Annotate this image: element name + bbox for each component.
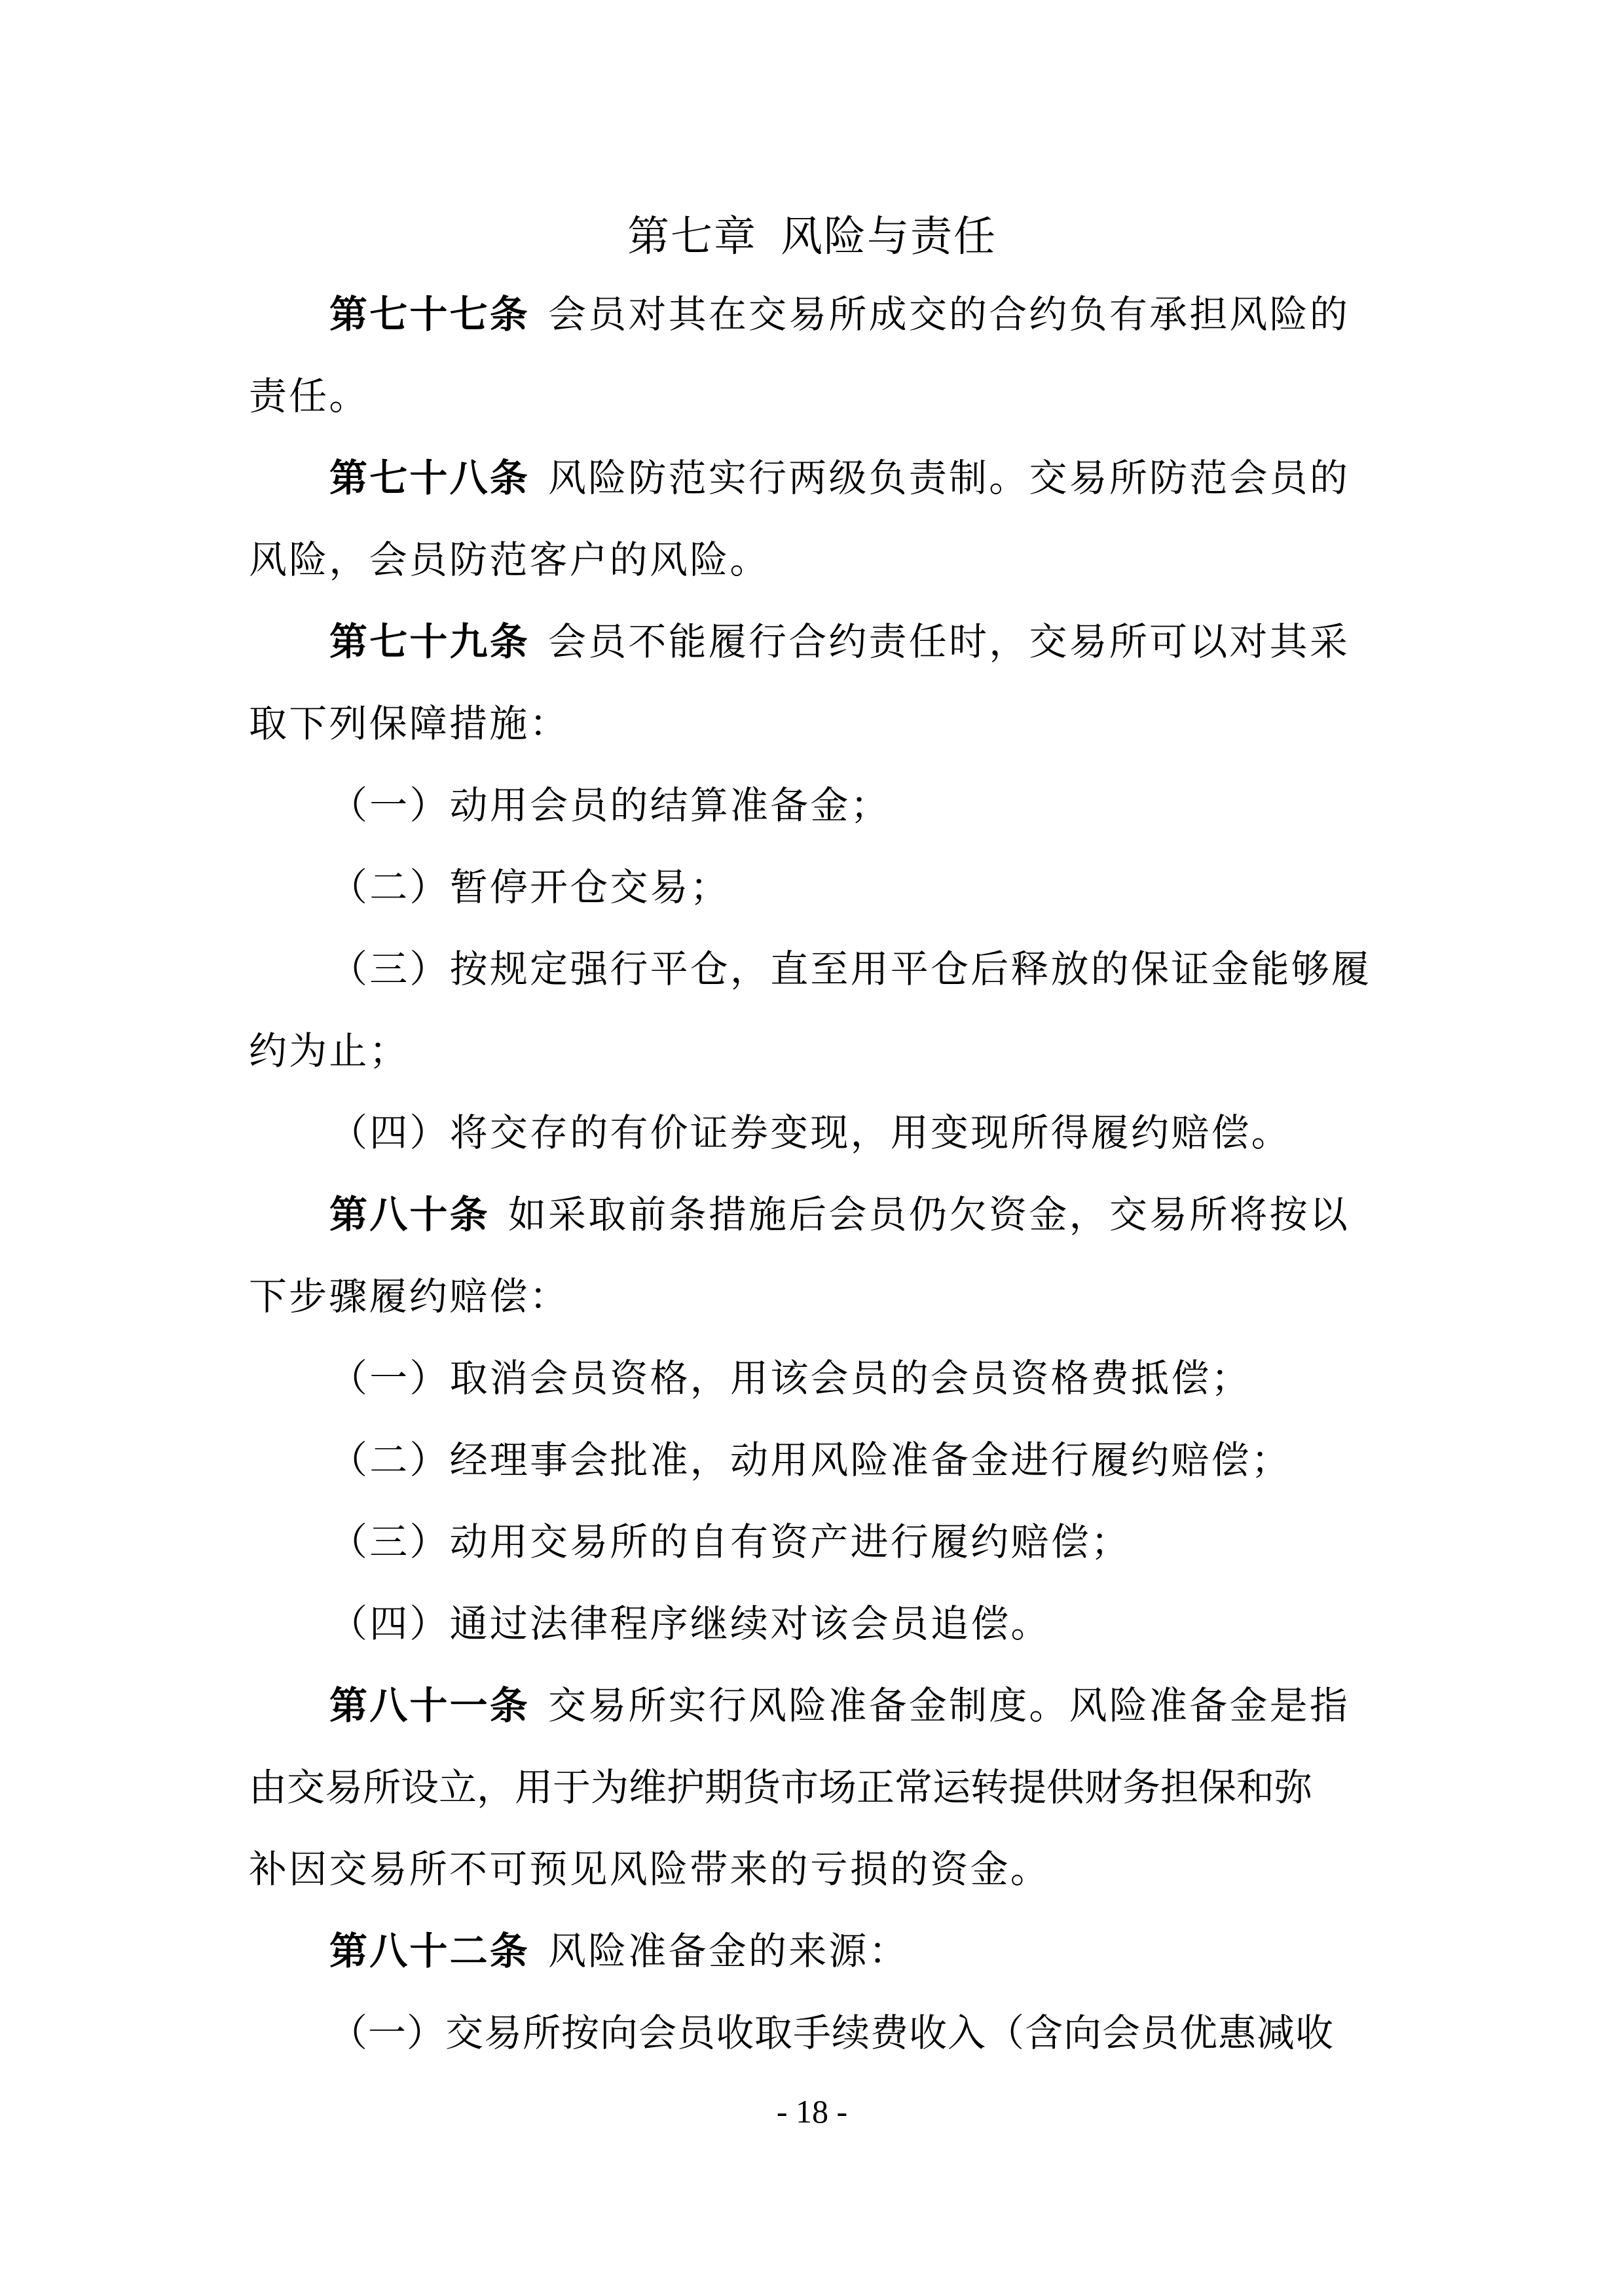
page-number: - 18 - — [0, 2092, 1624, 2131]
article-81-continuation: 补因交易所不可预见风险带来的亏损的资金。 — [249, 1843, 1388, 1895]
article-78: 第七十八条风险防范实行两级负责制。交易所防范会员的 — [329, 452, 1469, 504]
list-item: （四）将交存的有价证券变现，用变现所得履约赔偿。 — [329, 1106, 1469, 1159]
list-item: （四）通过法律程序继续对该会员追偿。 — [329, 1597, 1469, 1650]
list-item: （三）按规定强行平仓，直至用平仓后释放的保证金能够履 — [329, 943, 1469, 995]
list-item: （三）动用交易所的自有资产进行履约赔偿； — [329, 1516, 1469, 1568]
article-80: 第八十条如采取前条措施后会员仍欠资金，交易所将按以 — [329, 1188, 1469, 1241]
article-text: 如采取前条措施后会员仍欠资金，交易所将按以 — [508, 1192, 1350, 1237]
document-page: 第七章风险与责任 第七十七条会员对其在交易所成交的合约负有承担风险的 责任。 第… — [0, 0, 1624, 2296]
chapter-number: 第七章 — [627, 213, 757, 261]
list-item: （二）经理事会批准，动用风险准备金进行履约赔偿； — [329, 1434, 1469, 1486]
article-label: 第七十八条 — [329, 456, 530, 500]
list-item: （一）动用会员的结算准备金； — [329, 779, 1469, 831]
article-text: 风险防范实行两级负责制。交易所防范会员的 — [548, 456, 1350, 500]
article-text: 会员不能履行合约责任时，交易所可以对其采 — [548, 619, 1350, 664]
article-text: 交易所实行风险准备金制度。风险准备金是指 — [548, 1683, 1350, 1728]
article-label: 第八十二条 — [329, 1929, 530, 1973]
article-77-continuation: 责任。 — [249, 370, 1388, 422]
article-79: 第七十九条会员不能履行合约责任时，交易所可以对其采 — [329, 615, 1469, 668]
list-item: （一）取消会员资格，用该会员的会员资格费抵偿； — [329, 1352, 1469, 1404]
article-77: 第七十七条会员对其在交易所成交的合约负有承担风险的 — [329, 288, 1469, 340]
article-label: 第八十一条 — [329, 1683, 530, 1728]
list-item: （二）暂停开仓交易； — [329, 861, 1469, 913]
list-item: （一）交易所按向会员收取手续费收入（含向会员优惠减收 — [329, 2007, 1469, 2059]
article-79-continuation: 取下列保障措施： — [249, 697, 1388, 750]
article-label: 第八十条 — [329, 1192, 490, 1237]
article-label: 第七十九条 — [329, 619, 530, 664]
chapter-title: 风险与责任 — [781, 213, 997, 261]
list-item-continuation: 约为止； — [249, 1025, 1388, 1077]
article-text: 风险准备金的来源： — [548, 1929, 909, 1973]
article-text: 会员对其在交易所成交的合约负有承担风险的 — [548, 292, 1350, 337]
article-81-continuation: 由交易所设立，用于为维护期货市场正常运转提供财务担保和弥 — [249, 1761, 1388, 1813]
article-81: 第八十一条交易所实行风险准备金制度。风险准备金是指 — [329, 1679, 1469, 1732]
chapter-heading: 第七章风险与责任 — [0, 211, 1624, 263]
article-82: 第八十二条风险准备金的来源： — [329, 1925, 1469, 1977]
article-78-continuation: 风险，会员防范客户的风险。 — [249, 534, 1388, 586]
article-80-continuation: 下步骤履约赔偿： — [249, 1270, 1388, 1322]
article-label: 第七十七条 — [329, 292, 530, 337]
